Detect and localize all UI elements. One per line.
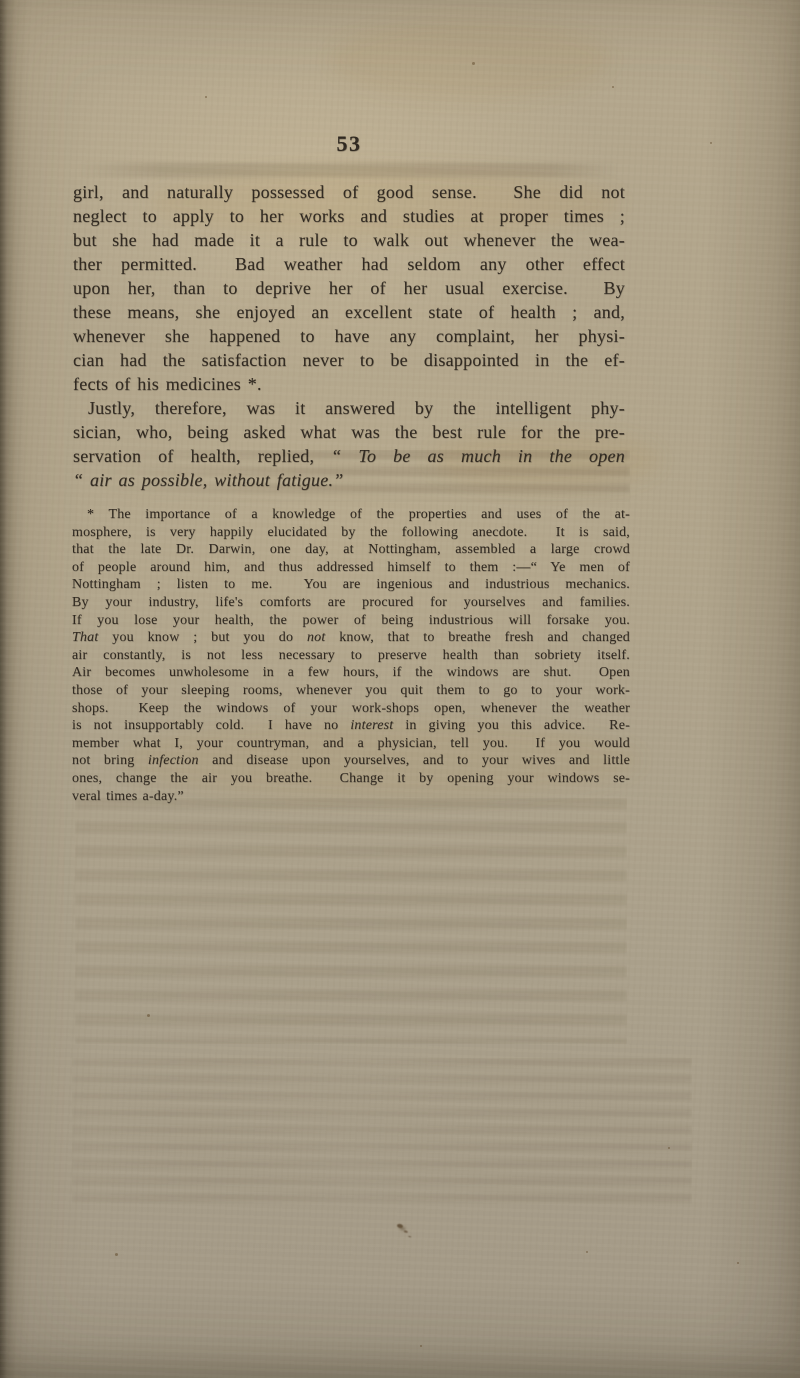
text-segment: By your industry, life's comforts are pr… — [72, 595, 630, 610]
italic-text-segment: not — [307, 630, 326, 645]
page-number: 53 — [73, 131, 625, 157]
text-line: not bring infection and disease upon you… — [72, 752, 630, 770]
text-segment: of people around him, and thus addressed… — [72, 560, 630, 575]
paper-speck — [147, 1014, 150, 1017]
main-text-block: girl, and naturally possessed of good se… — [73, 180, 625, 492]
paper-speck — [737, 1262, 739, 1264]
text-line: girl, and naturally possessed of good se… — [73, 180, 625, 204]
paper-speck — [668, 1147, 670, 1149]
footnote-block: * The importance of a knowledge of the p… — [72, 506, 630, 805]
text-segment: that the late Dr. Darwin, one day, at No… — [72, 542, 630, 557]
text-segment: If you lose your health, the power of be… — [72, 613, 630, 628]
text-segment: ones, change the air you breathe. Change… — [72, 771, 630, 786]
text-line: That you know ; but you do not know, tha… — [72, 629, 630, 647]
text-segment: veral times a-day.” — [72, 789, 184, 804]
text-segment: upon her, than to deprive her of her usu… — [73, 278, 625, 298]
text-line: mosphere, is very happily elucidated by … — [72, 524, 630, 542]
text-line: Air becomes unwholesome in a few hours, … — [72, 664, 630, 682]
verso-showthrough — [78, 163, 618, 177]
italic-text-segment: That — [72, 630, 98, 645]
text-segment: you know ; but you do — [98, 630, 306, 645]
verso-showthrough — [75, 798, 627, 1044]
text-line: If you lose your health, the power of be… — [72, 612, 630, 630]
text-segment: sician, who, being asked what was the be… — [73, 422, 625, 442]
text-line: By your industry, life's comforts are pr… — [72, 594, 630, 612]
text-line: Nottingham ; listen to me. You are ingen… — [72, 576, 630, 594]
italic-text-segment: “ To be as much in the open — [331, 446, 625, 466]
text-segment: Justly, therefore, was it answered by th… — [88, 398, 625, 418]
scanned-book-page: 53 girl, and naturally possessed of good… — [0, 0, 800, 1378]
text-line: shops. Keep the windows of your work-sho… — [72, 700, 630, 718]
text-line: fects of his medicines *. — [73, 372, 625, 396]
text-segment: Nottingham ; listen to me. You are ingen… — [72, 577, 630, 592]
text-line: is not insupportably cold. I have no int… — [72, 717, 630, 735]
text-segment: cian had the satisfaction never to be di… — [73, 350, 625, 370]
text-line: upon her, than to deprive her of her usu… — [73, 276, 625, 300]
italic-text-segment: infection — [148, 753, 199, 768]
text-line: neglect to apply to her works and studie… — [73, 204, 625, 228]
verso-showthrough — [72, 1058, 692, 1204]
text-segment: is not insupportably cold. I have no — [72, 718, 350, 733]
text-line: those of your sleeping rooms, whenever y… — [72, 682, 630, 700]
text-segment: in giving you this advice. Re- — [393, 718, 630, 733]
text-segment: but she had made it a rule to walk out w… — [73, 230, 625, 250]
text-line: but she had made it a rule to walk out w… — [73, 228, 625, 252]
text-segment: fects of his medicines *. — [73, 374, 262, 394]
text-line: that the late Dr. Darwin, one day, at No… — [72, 541, 630, 559]
paper-speck — [612, 86, 614, 88]
text-segment: these means, she enjoyed an excellent st… — [73, 302, 625, 322]
italic-text-segment: “ air as possible, without fatigue.” — [73, 470, 344, 490]
text-segment: neglect to apply to her works and studie… — [73, 206, 625, 226]
paper-speck — [115, 1253, 118, 1256]
text-line: ther permitted. Bad weather had seldom a… — [73, 252, 625, 276]
text-line: ones, change the air you breathe. Change… — [72, 770, 630, 788]
text-line: veral times a-day.” — [72, 788, 630, 806]
paper-speck — [586, 1251, 588, 1253]
paper-speck — [205, 96, 207, 98]
paper-speck — [472, 62, 475, 65]
text-segment: not bring — [72, 753, 148, 768]
text-segment: know, that to breathe fresh and changed — [325, 630, 630, 645]
text-line: “ air as possible, without fatigue.” — [73, 468, 625, 492]
text-segment: girl, and naturally possessed of good se… — [73, 182, 625, 202]
italic-text-segment: interest — [350, 718, 393, 733]
paper-speck — [710, 142, 712, 144]
text-segment: shops. Keep the windows of your work-sho… — [72, 701, 630, 716]
text-segment: * The importance of a knowledge of the p… — [87, 507, 630, 522]
text-line: air constantly, is not less necessary to… — [72, 647, 630, 665]
text-segment: air constantly, is not less necessary to… — [72, 648, 630, 663]
text-segment: mosphere, is very happily elucidated by … — [72, 525, 630, 540]
text-segment: whenever she happened to have any compla… — [73, 326, 625, 346]
text-line: these means, she enjoyed an excellent st… — [73, 300, 625, 324]
text-line: Justly, therefore, was it answered by th… — [73, 396, 625, 420]
text-segment: member what I, your countryman, and a ph… — [72, 736, 630, 751]
text-line: sician, who, being asked what was the be… — [73, 420, 625, 444]
text-line: member what I, your countryman, and a ph… — [72, 735, 630, 753]
text-line: servation of health, replied, “ To be as… — [73, 444, 625, 468]
text-segment: and disease upon yourselves, and to your… — [199, 753, 630, 768]
text-line: whenever she happened to have any compla… — [73, 324, 625, 348]
text-segment: those of your sleeping rooms, whenever y… — [72, 683, 630, 698]
text-line: * The importance of a knowledge of the p… — [72, 506, 630, 524]
text-segment: Air becomes unwholesome in a few hours, … — [72, 665, 630, 680]
text-line: of people around him, and thus addressed… — [72, 559, 630, 577]
text-line: cian had the satisfaction never to be di… — [73, 348, 625, 372]
text-segment: ther permitted. Bad weather had seldom a… — [73, 254, 625, 274]
ink-smudge — [397, 1223, 404, 1228]
paper-speck — [420, 1345, 422, 1347]
paper-stain — [330, 20, 610, 100]
text-segment: servation of health, replied, — [73, 446, 331, 466]
